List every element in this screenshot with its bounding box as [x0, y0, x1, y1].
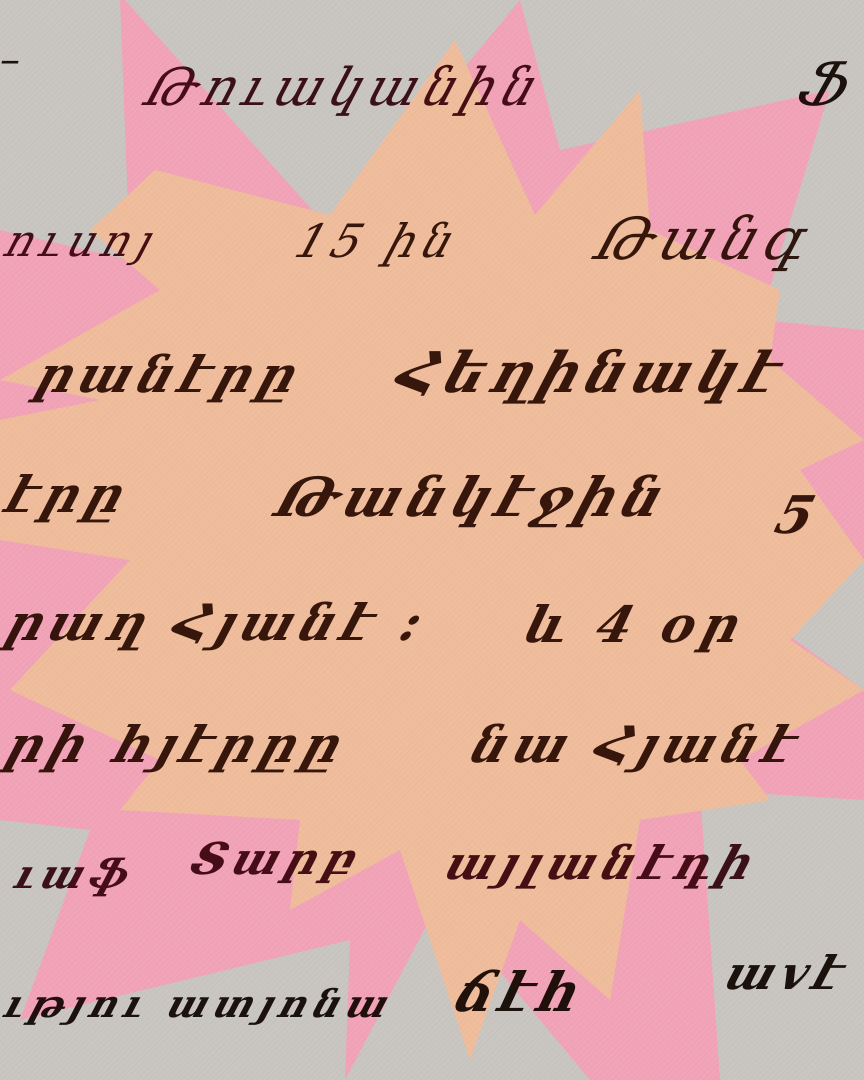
handwriting-word: րաղ Հյանէ :	[0, 598, 435, 648]
handwriting-word: 15 ին	[290, 218, 467, 264]
handwriting-word: Թանգ	[590, 210, 821, 268]
handwriting-word: ճէհ	[450, 965, 593, 1019]
handwriting-word: էրը	[0, 470, 137, 520]
handwriting-word: Հեղինակէ	[390, 345, 793, 401]
handwriting-word: Տարբ	[185, 838, 368, 882]
manuscript-photo: – Թուականին Ֆ ուսոյ 15 ին Թանգ րանէրը Հե…	[0, 0, 864, 1080]
handwriting-word: րի հյէրըը	[0, 720, 354, 770]
handwriting-word: Թանկէջին	[270, 470, 677, 524]
handwriting-word: և 4 օր	[520, 600, 752, 650]
starburst-background	[0, 0, 864, 1080]
handwriting-word: նա Հյանէ	[465, 720, 809, 770]
handwriting-word: Թուականին	[140, 62, 551, 114]
handwriting-word: ուսոյ	[0, 220, 165, 264]
handwriting-word: ւթյու ատյոնա	[0, 985, 400, 1023]
handwriting-word: րանէրը	[30, 350, 310, 400]
handwriting-word: այլանէդի	[440, 840, 766, 886]
handwriting-dash: –	[0, 40, 26, 80]
handwriting-word: աvէ	[720, 950, 856, 996]
handwriting-word: ւաֆ	[10, 855, 141, 895]
